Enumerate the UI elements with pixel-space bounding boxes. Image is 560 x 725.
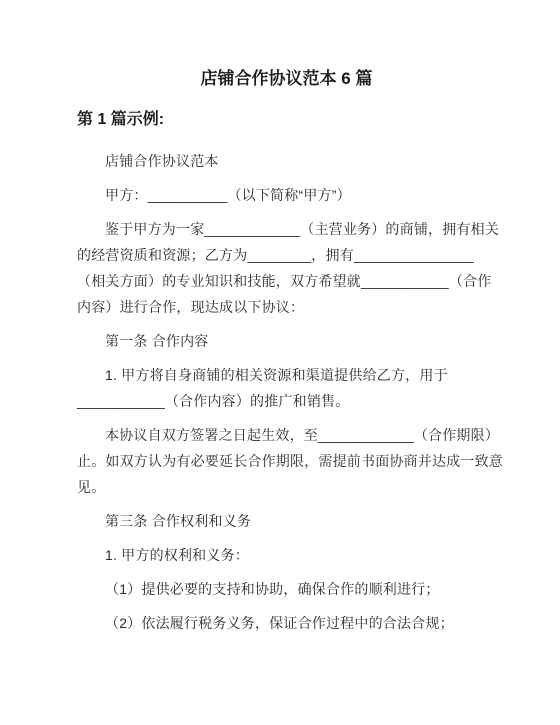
text-line: （1）提供必要的支持和协助，确保合作的顺利进行； [77, 576, 496, 602]
text-line: 本协议自双方签署之日起生效，至____________（合作期限） [77, 422, 496, 448]
text-line: 见。 [77, 474, 496, 500]
text-line: 第一条 合作内容 [77, 328, 496, 354]
text-line: ___________（合作内容）的推广和销售。 [77, 388, 496, 414]
text-line: 第三条 合作权利和义务 [77, 508, 496, 534]
section-heading: 第 1 篇示例: [77, 107, 496, 133]
text-line: 甲方：__________（以下简称“甲方”） [77, 182, 496, 208]
text-line: 店铺合作协议范本 [77, 148, 496, 174]
text-line: 止。如双方认为有必要延长合作期限，需提前书面协商并达成一致意 [77, 448, 496, 474]
text-line: （相关方面）的专业知识和技能，双方希望就___________（合作 [77, 268, 496, 294]
document-body: 店铺合作协议范本甲方：__________（以下简称“甲方”）鉴于甲方为一家__… [77, 148, 496, 636]
text-line: 内容）进行合作，现达成以下协议： [77, 294, 496, 320]
document-title: 店铺合作协议范本 6 篇 [77, 66, 496, 92]
text-line: 的经营资质和资源；乙方为________，拥有_______________ [77, 242, 496, 268]
text-line: 1. 甲方将自身商铺的相关资源和渠道提供给乙方，用于 [77, 362, 496, 388]
text-line: 鉴于甲方为一家____________（主营业务）的商铺，拥有相关 [77, 216, 496, 242]
text-line: 1. 甲方的权利和义务： [77, 542, 496, 568]
text-line: （2）依法履行税务义务，保证合作过程中的合法合规； [77, 610, 496, 636]
document-page: 店铺合作协议范本 6 篇 第 1 篇示例: 店铺合作协议范本甲方：_______… [0, 0, 560, 725]
